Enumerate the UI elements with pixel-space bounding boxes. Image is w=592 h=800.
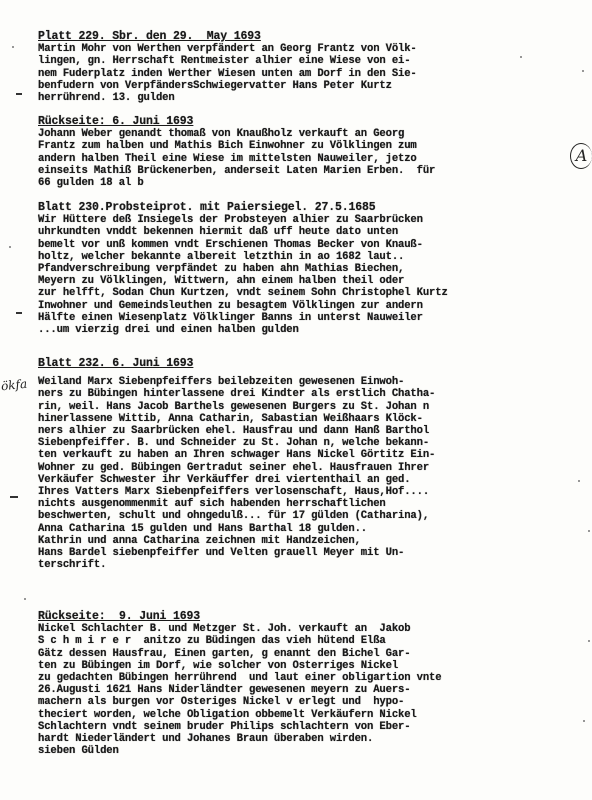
text-line: herrührend. 13. gulden bbox=[38, 92, 578, 104]
text-line: benfudern von VerpfändersSchwiegervatter… bbox=[38, 80, 578, 92]
text-line: Johann Weber genandt thomaß von Knaußhol… bbox=[38, 128, 578, 140]
scan-speck bbox=[520, 56, 522, 58]
circled-letter-mark: A bbox=[570, 143, 592, 169]
text-line: terschrift. bbox=[38, 559, 578, 571]
text-line: Hans Bardel siebenpfeiffer und Velten gr… bbox=[38, 547, 578, 559]
text-line: ...um vierzig drei und einen halben guld… bbox=[38, 324, 578, 336]
scan-speck bbox=[588, 640, 590, 642]
text-line: Wohner zu ged. Bübingen Gertradut seiner… bbox=[38, 462, 578, 474]
section-rueckseite-1: Rückseite: 6. Juni 1693 Johann Weber gen… bbox=[38, 116, 578, 189]
section-blatt-230: Blatt 230.Probsteiprot. mit Paiersiegel.… bbox=[38, 202, 578, 336]
text-line: machern als burgen vor Osteriges Nickel … bbox=[38, 696, 578, 708]
text-line: einseits Mathiß Brückenerben, anderseit … bbox=[38, 165, 578, 177]
text-line: Nickel Schlachter B. und Metzger St. Joh… bbox=[38, 623, 578, 635]
text-line: ten zu Bübingen im Dorf, wie solcher von… bbox=[38, 660, 578, 672]
section-heading: Blatt 230.Probsteiprot. mit Paiersiegel.… bbox=[38, 202, 578, 214]
text-line: Martin Mohr von Werthen verpfändert an G… bbox=[38, 43, 578, 55]
text-line: hinerlassene Wittib, Anna Catharin, Saba… bbox=[38, 413, 578, 425]
text-line: ten verkauft zu haben an Ihren schwager … bbox=[38, 449, 578, 461]
section-rueckseite-2: Rückseite: 9. Juni 1693 Nickel Schlachte… bbox=[38, 611, 578, 757]
text-line: Anna Catharina 15 gulden und Hans Bartha… bbox=[38, 523, 578, 535]
section-heading: Rückseite: 9. Juni 1693 bbox=[38, 611, 578, 623]
text-line: zur helfft, Sodan Chun Kurtzen, vndt sei… bbox=[38, 287, 578, 299]
margin-dash bbox=[16, 93, 22, 95]
handwritten-margin-note: ökfa bbox=[0, 377, 27, 394]
text-line: ners zu Bübingen hinterlassene drei Kind… bbox=[38, 388, 578, 400]
text-line: 66 gulden 18 al b bbox=[38, 177, 578, 189]
text-line: nichts ausgenommenmit auf sich habenden … bbox=[38, 498, 578, 510]
text-line: beschwerten, schult und ohngedulß... für… bbox=[38, 510, 578, 522]
scan-speck bbox=[583, 720, 585, 722]
text-line: S c h m i r e r anitzo zu Büdingen das v… bbox=[38, 635, 578, 647]
section-heading: Blatt 232. 6. Juni 1693 bbox=[38, 358, 578, 370]
scan-speck bbox=[24, 598, 26, 600]
text-line: Inwohner und Gemeindsleuthen zu besagtem… bbox=[38, 300, 578, 312]
text-line: lingen, gn. Herrschaft Rentmeister alhie… bbox=[38, 55, 578, 67]
text-line: Meyern zu Völklingen, Wittwern, ahn eine… bbox=[38, 275, 578, 287]
text-line: Weiland Marx Siebenpfeiffers beilebzeite… bbox=[38, 376, 578, 388]
text-line: bemelt vor unß kommen vndt Erschienen Th… bbox=[38, 239, 578, 251]
section-blatt-229: Platt 229. Sbr. den 29. May 1693 Martin … bbox=[38, 31, 578, 104]
text-line: sieben Gülden bbox=[38, 745, 578, 757]
text-line: Siebenpfeiffer. B. und Schneider zu St. … bbox=[38, 437, 578, 449]
scan-speck bbox=[9, 246, 11, 248]
text-line: rin, weil. Hans Jacob Barthels gewesenen… bbox=[38, 401, 578, 413]
section-heading: Rückseite: 6. Juni 1693 bbox=[38, 116, 578, 128]
text-line: Wir Hüttere deß Insiegels der Probsteyen… bbox=[38, 214, 578, 226]
text-line: holtz, welcher bekannte albereit letzthi… bbox=[38, 251, 578, 263]
text-line: Verkäufer Schwester ihr Verkäuffer drei … bbox=[38, 474, 578, 486]
margin-dash bbox=[10, 496, 18, 498]
scan-speck bbox=[12, 46, 14, 48]
text-line: nem Fuderplatz inden Werther Wiesen unte… bbox=[38, 68, 578, 80]
text-line: hardt Niederländert und Johanes Braun üb… bbox=[38, 733, 578, 745]
text-line: andern halben Theil eine Wiese im mittel… bbox=[38, 153, 578, 165]
margin-dash bbox=[16, 312, 22, 314]
text-line: zu gedachten Bübingen herrührend und lau… bbox=[38, 672, 578, 684]
scan-speck bbox=[582, 70, 584, 72]
scan-speck bbox=[588, 530, 590, 532]
text-line: Schlachtern vndt seinem bruder Philips s… bbox=[38, 721, 578, 733]
text-line: 26.Augusti 1621 Hans Niderländter gewese… bbox=[38, 684, 578, 696]
section-heading: Platt 229. Sbr. den 29. May 1693 bbox=[38, 31, 578, 43]
text-line: Ihres Vatters Marx Siebenpfeiffers verlo… bbox=[38, 486, 578, 498]
text-line: theciert worden, welche Obligation obbem… bbox=[38, 709, 578, 721]
scan-speck bbox=[578, 480, 580, 482]
text-line: uhrkundten vnddt bekennen hiermit daß uf… bbox=[38, 226, 578, 238]
typewritten-archive-page: Platt 229. Sbr. den 29. May 1693 Martin … bbox=[0, 0, 592, 800]
section-blatt-232: Blatt 232. 6. Juni 1693 Weiland Marx Sie… bbox=[38, 358, 578, 571]
text-line: ners alhier zu Saarbrücken ehel. Hausfra… bbox=[38, 425, 578, 437]
text-line: Pfandverschreibung verpfändet zu haben a… bbox=[38, 263, 578, 275]
text-line: Kathrin und anna Catharina zeichnen mit … bbox=[38, 535, 578, 547]
text-line: Gätz dessen Hausfrau, Einen garten, g en… bbox=[38, 648, 578, 660]
text-line: Frantz zum halben und Mathis Bich Einwoh… bbox=[38, 140, 578, 152]
text-line: Hälfte einen Wiesenplatz Völklinger Bann… bbox=[38, 312, 578, 324]
